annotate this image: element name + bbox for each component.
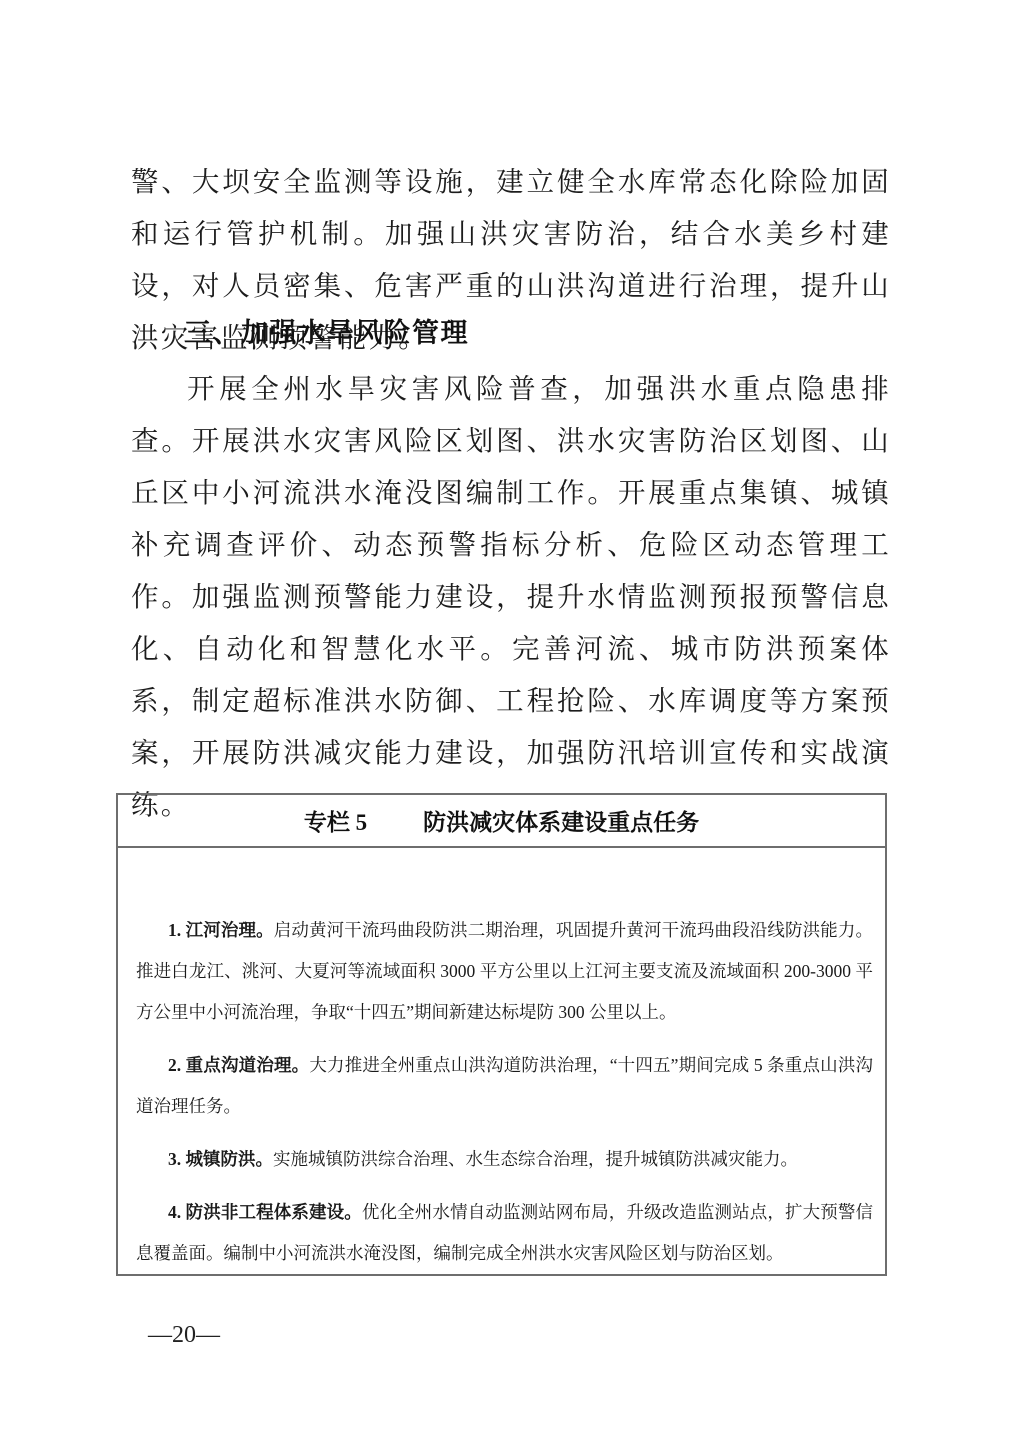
section-paragraph: 开展全州水旱灾害风险普查，加强洪水重点隐患排查。开展洪水灾害风险区划图、洪水灾害… (131, 363, 891, 831)
column-box-body: 1. 江河治理。启动黄河干流玛曲段防洪二期治理，巩固提升黄河干流玛曲段沿线防洪能… (118, 910, 885, 1274)
column-title: 防洪减灾体系建设重点任务 (423, 804, 699, 837)
page-number: —20— (148, 1322, 220, 1349)
task-title: 4. 防洪非工程体系建设。 (168, 1202, 362, 1222)
task-item: 1. 江河治理。启动黄河干流玛曲段防洪二期治理，巩固提升黄河干流玛曲段沿线防洪能… (136, 910, 873, 1033)
column-number: 专栏 5 (304, 804, 367, 837)
task-title: 3. 城镇防洪。 (168, 1149, 273, 1169)
column-box-header: 专栏 5 防洪减灾体系建设重点任务 (118, 795, 885, 848)
task-item: 3. 城镇防洪。实施城镇防洪综合治理、水生态综合治理，提升城镇防洪减灾能力。 (136, 1139, 873, 1180)
task-title: 1. 江河治理。 (168, 920, 274, 940)
column-box: 专栏 5 防洪减灾体系建设重点任务 1. 江河治理。启动黄河干流玛曲段防洪二期治… (116, 793, 887, 1276)
task-text: 实施城镇防洪综合治理、水生态综合治理，提升城镇防洪减灾能力。 (273, 1149, 798, 1169)
section-heading: 三、加强水旱风险管理 (184, 312, 469, 356)
task-item: 2. 重点沟道治理。大力推进全州重点山洪沟道防洪治理，“十四五”期间完成 5 条… (136, 1045, 873, 1127)
task-title: 2. 重点沟道治理。 (168, 1055, 309, 1075)
task-item: 4. 防洪非工程体系建设。优化全州水情自动监测站网布局，升级改造监测站点，扩大预… (136, 1192, 873, 1274)
